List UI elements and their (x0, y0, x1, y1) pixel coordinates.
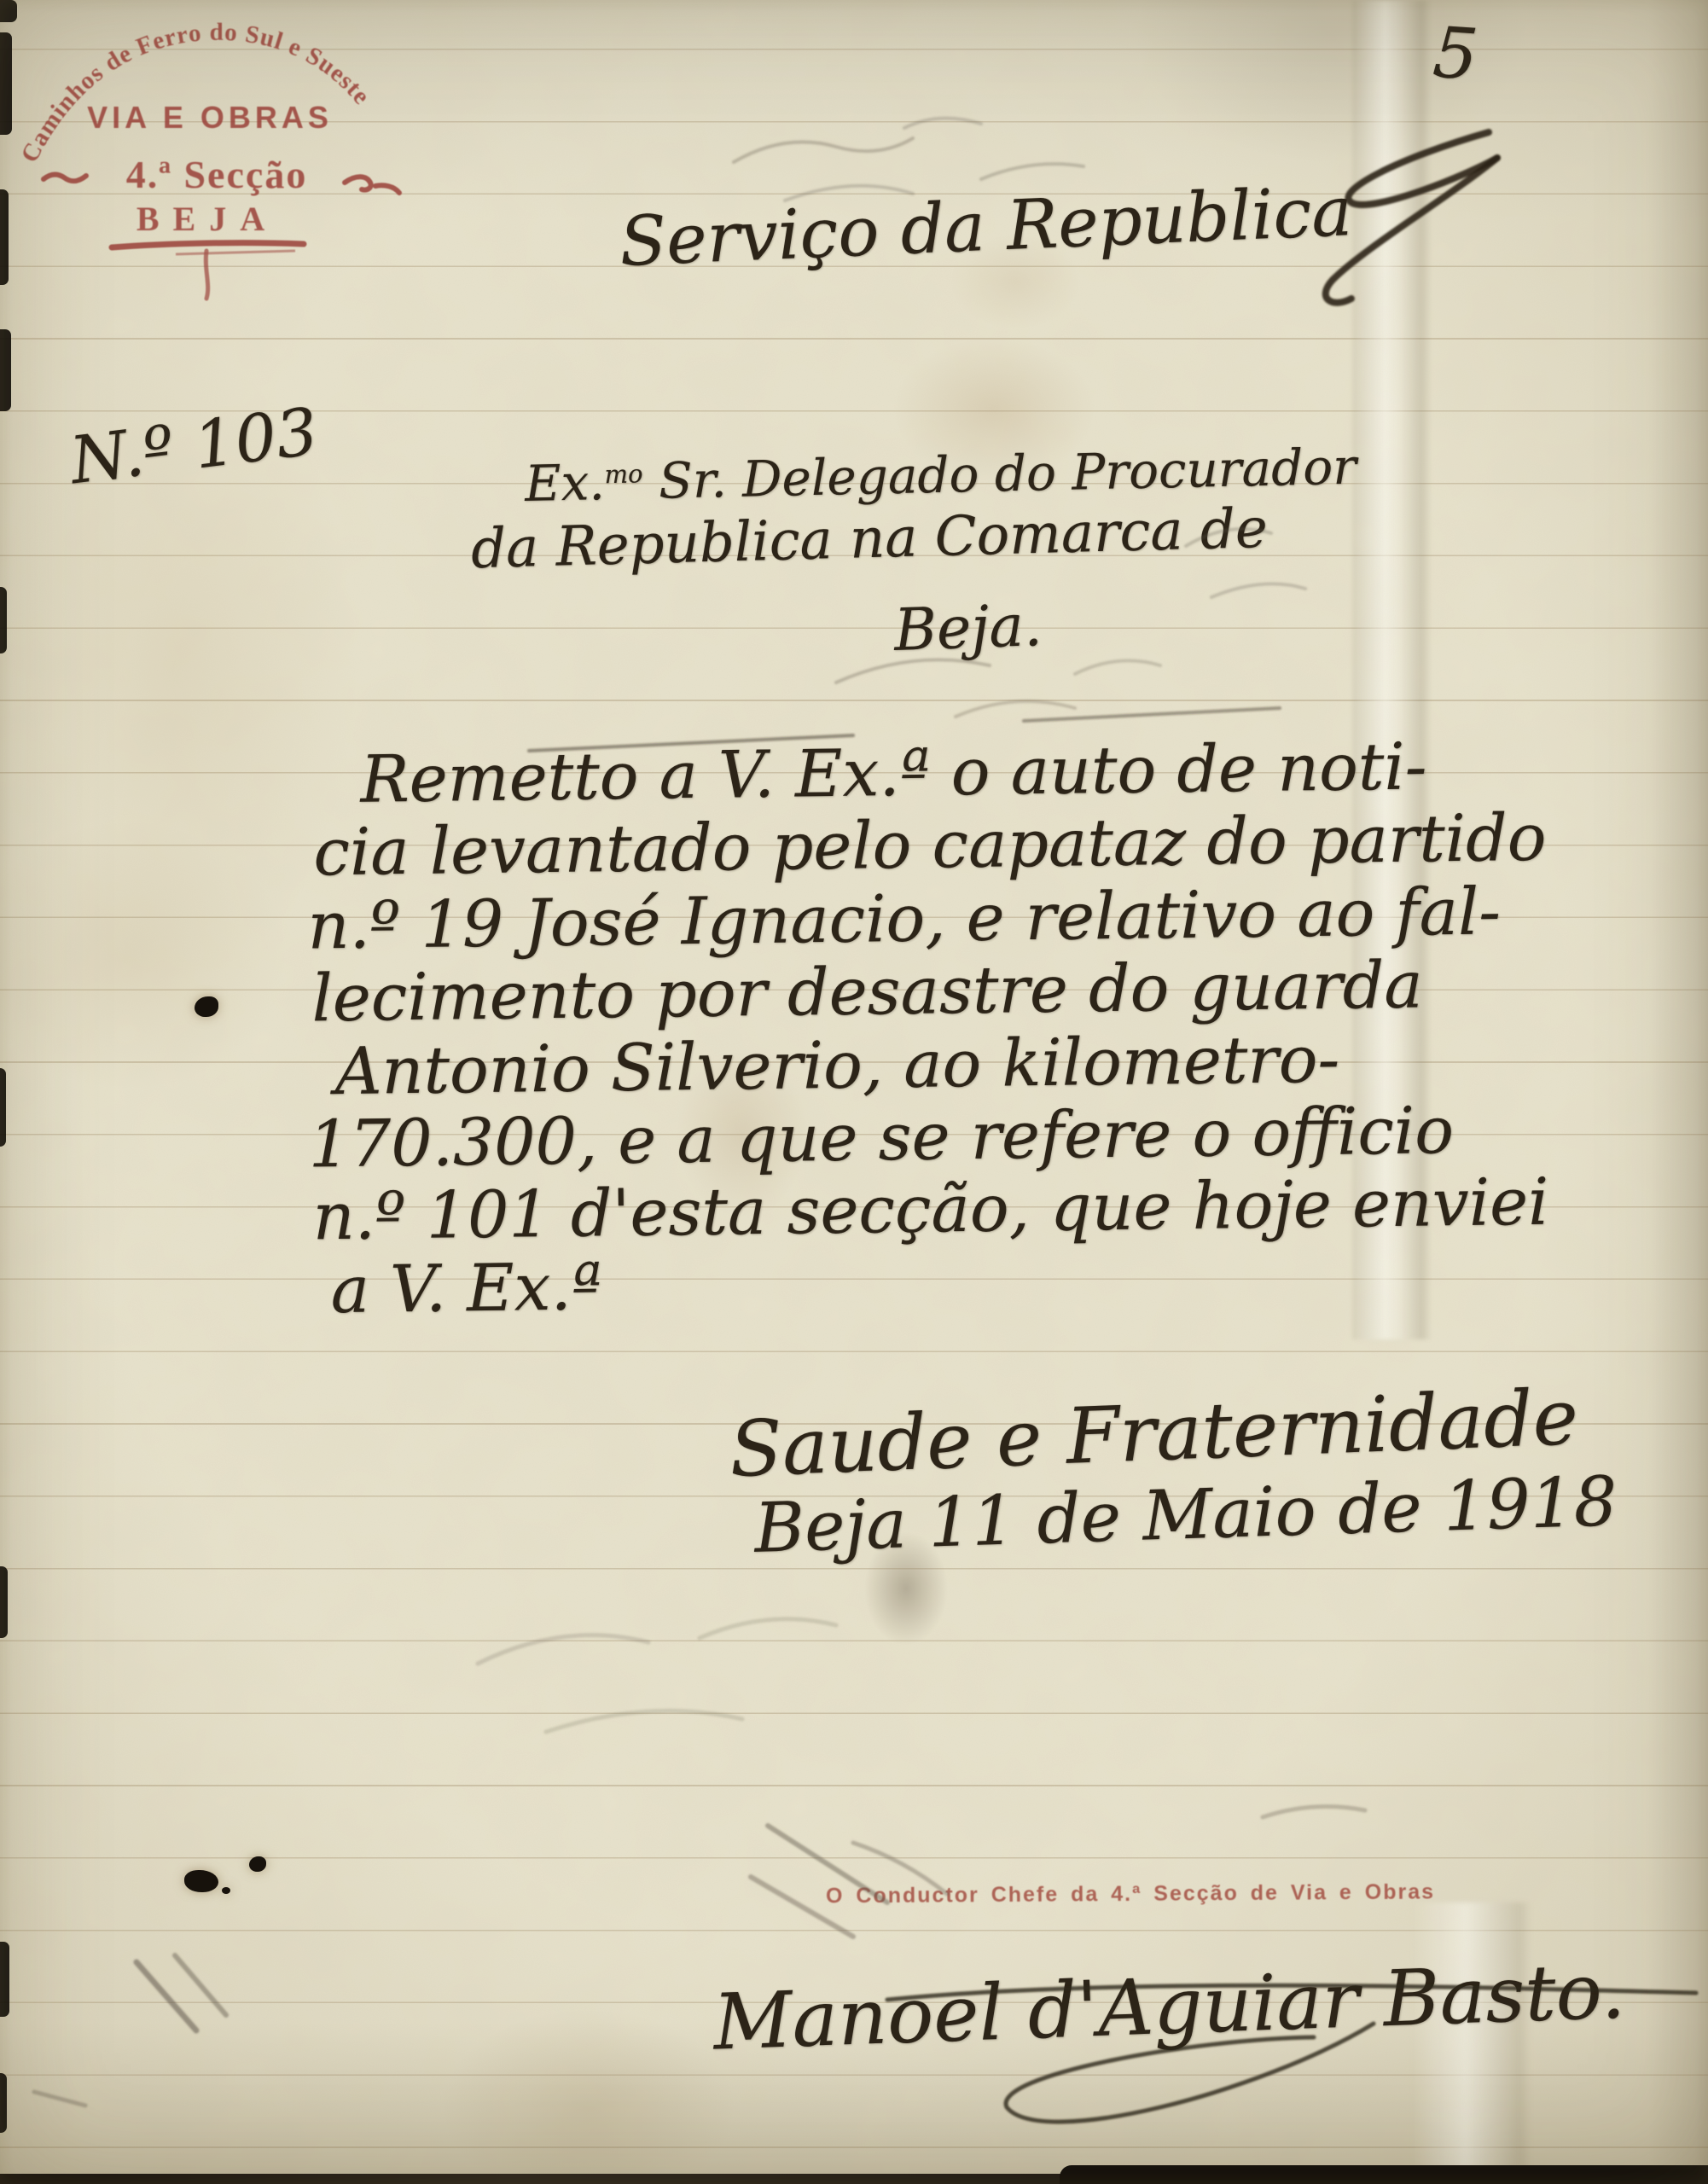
page-vignette (0, 0, 1708, 2184)
scanned-letter-page: Caminhos de Ferro do Sul e Sueste VIA E … (0, 0, 1708, 2184)
